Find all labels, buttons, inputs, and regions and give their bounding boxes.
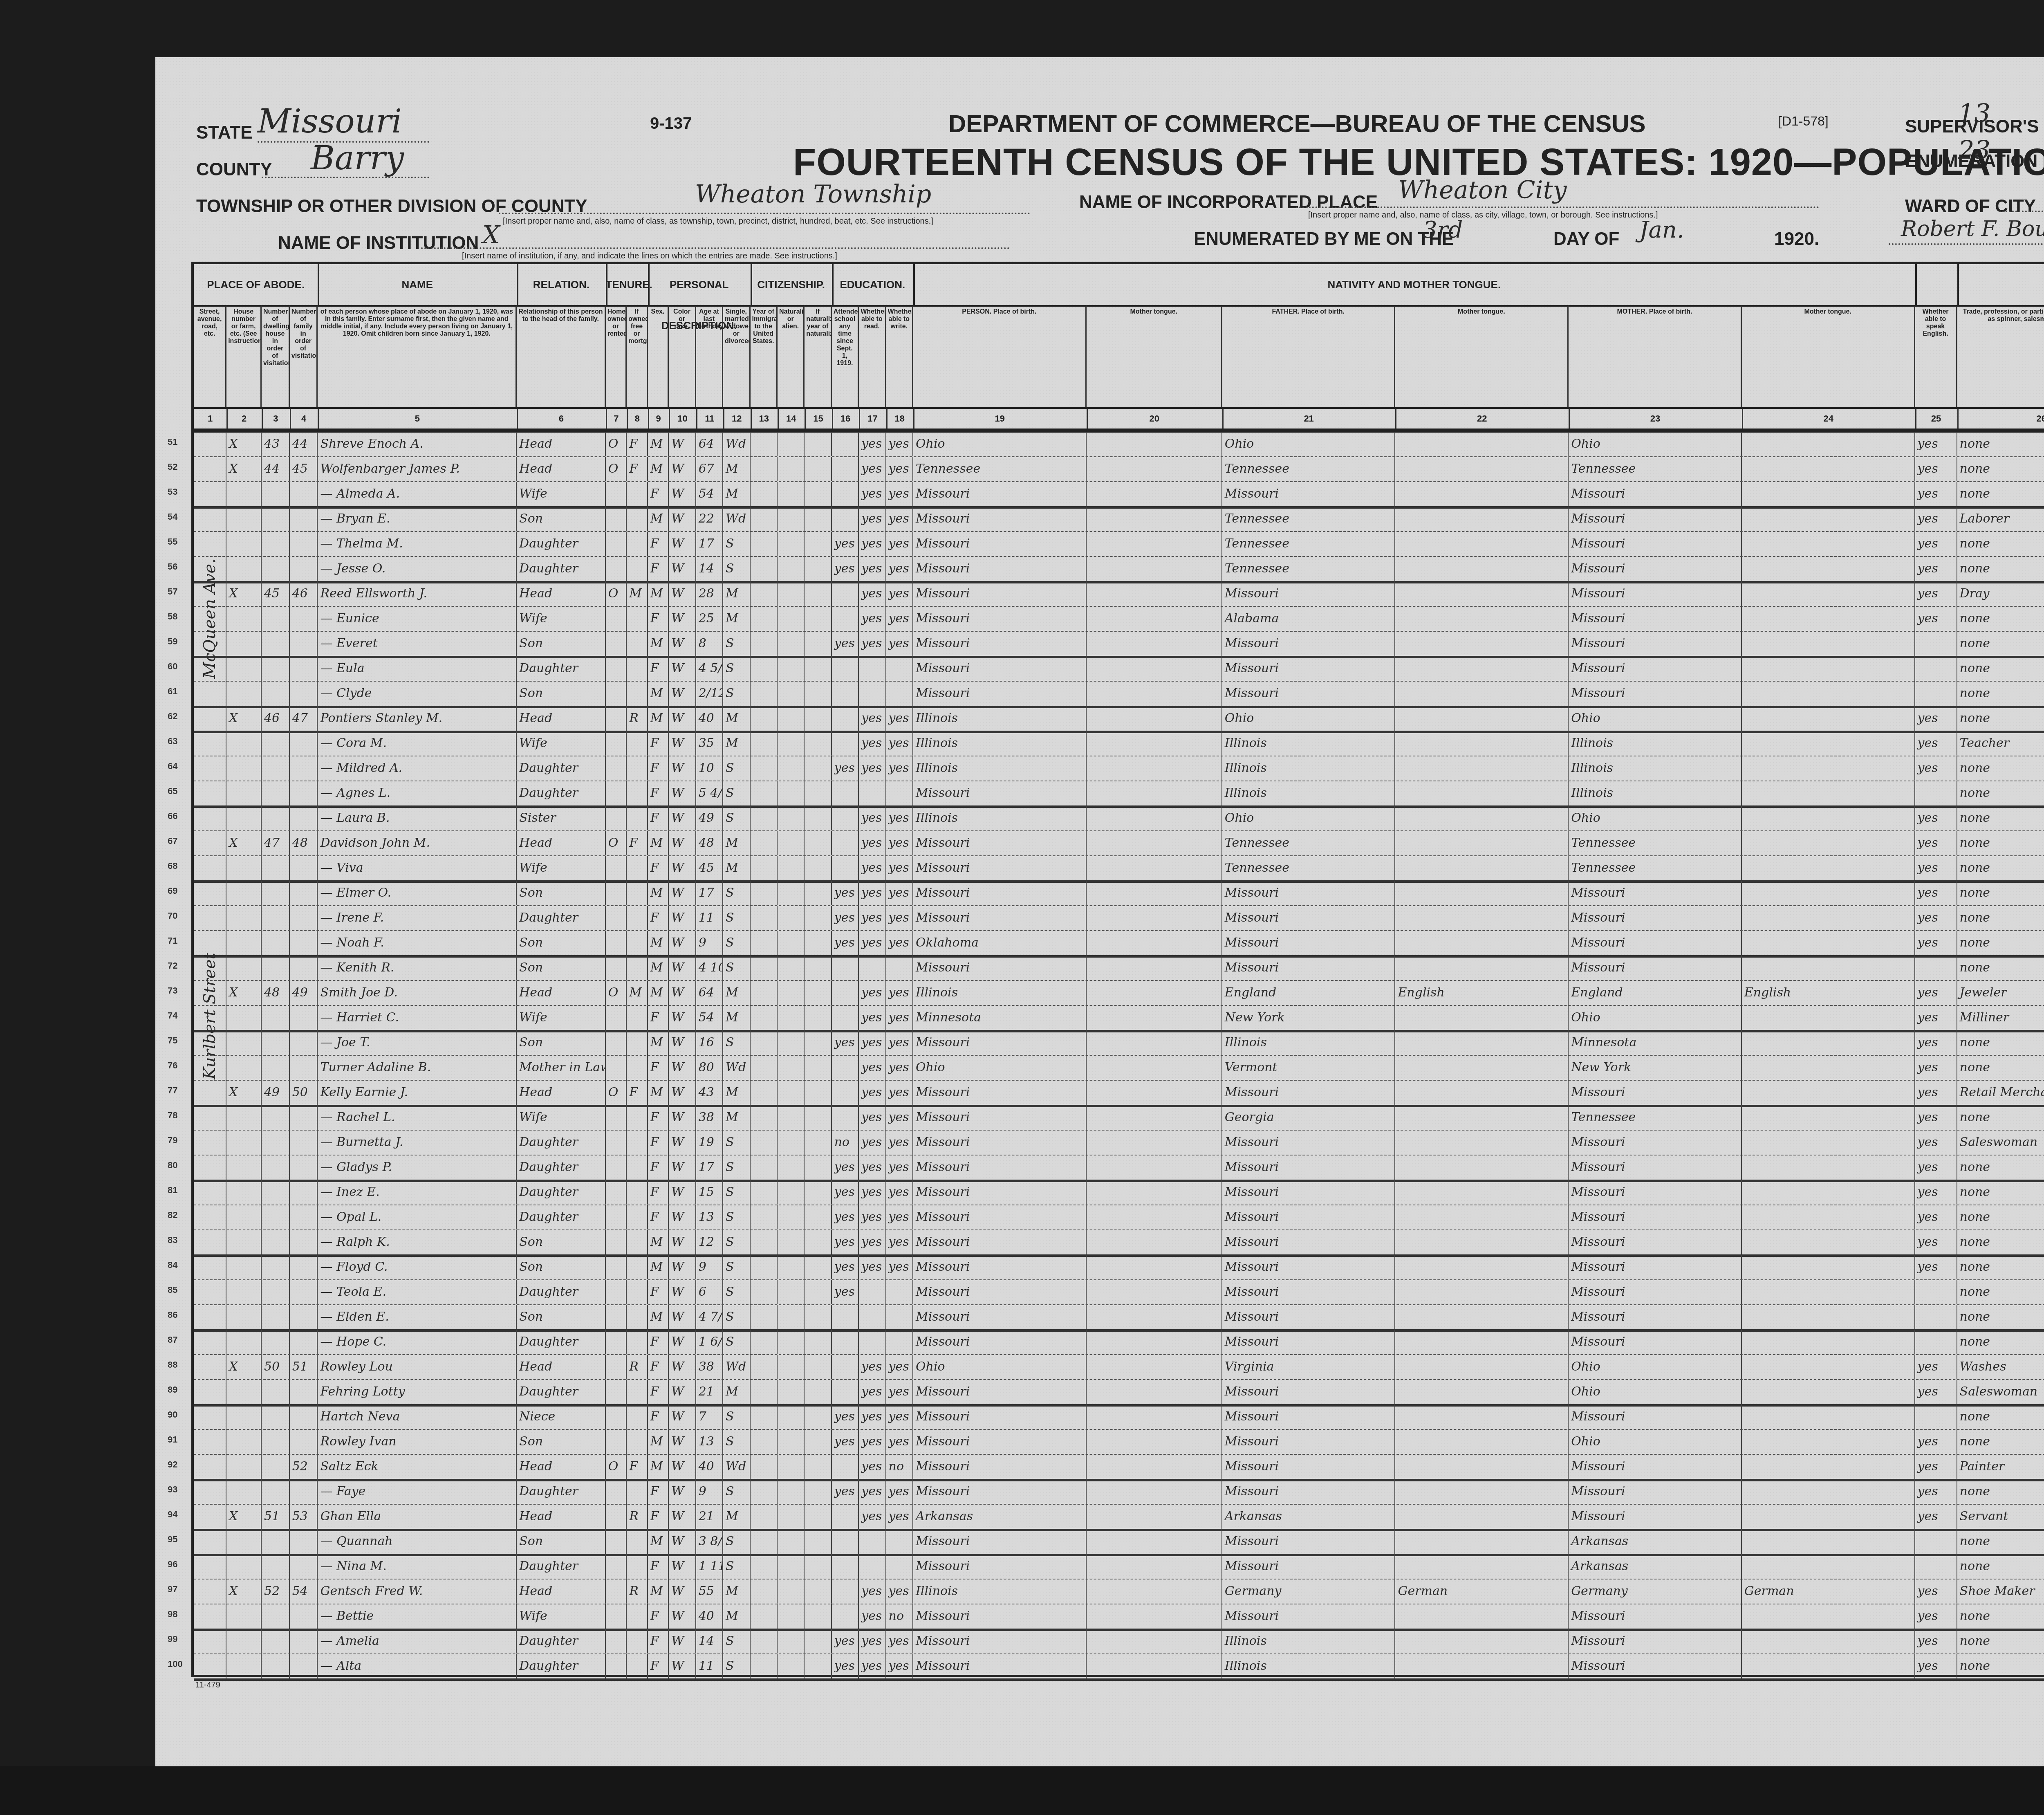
- cell-mt: [1087, 1355, 1222, 1379]
- microfilm-bottom-edge: [0, 1766, 2044, 1815]
- cell-mpob: Ohio: [1569, 1380, 1742, 1404]
- cell-sex: M: [648, 931, 669, 955]
- cell-fpob: Tennessee: [1222, 856, 1396, 880]
- cell-c8: [627, 1230, 648, 1254]
- cell-c2: [226, 1155, 262, 1180]
- cell-pob: Illinois: [913, 806, 1087, 830]
- cell-mt: [1087, 1380, 1222, 1404]
- cell-mpob: Arkansas: [1569, 1529, 1742, 1554]
- cell-c3: [262, 1629, 290, 1653]
- cell-read: yes: [859, 457, 886, 481]
- cell-eng: yes: [1915, 1130, 1957, 1155]
- cell-fmt: [1395, 1504, 1569, 1529]
- line-number: 62: [168, 711, 177, 722]
- column-number: 8: [627, 407, 649, 433]
- cell-pob: Missouri: [913, 1404, 1087, 1429]
- cell-name: — Quannah: [318, 1529, 517, 1554]
- cell-c7: [606, 532, 627, 556]
- cell-read: yes: [859, 980, 886, 1005]
- cell-c13: [751, 1255, 778, 1279]
- cell-sex: F: [648, 1005, 669, 1030]
- cell-c15: [805, 1180, 831, 1205]
- cell-c4: 53: [290, 1504, 318, 1529]
- cell-c1: [194, 756, 226, 781]
- state-value: Missouri: [258, 102, 402, 140]
- cell-sex: F: [648, 1380, 669, 1404]
- cell-fmt: [1395, 1479, 1569, 1504]
- cell-read: yes: [859, 1654, 886, 1678]
- cell-mmt: [1742, 631, 1915, 656]
- cell-school: [832, 831, 859, 855]
- cell-name: — Faye: [318, 1479, 517, 1504]
- cell-pob: Illinois: [913, 756, 1087, 781]
- cell-mpob: Missouri: [1569, 1205, 1742, 1229]
- cell-name: — Jesse O.: [318, 556, 517, 581]
- cell-sex: F: [648, 606, 669, 631]
- cell-c2: [226, 906, 262, 930]
- cell-mt: [1087, 1205, 1222, 1229]
- cell-sex: F: [648, 856, 669, 880]
- cell-pob: Arkansas: [913, 1504, 1087, 1529]
- cell-occ: none: [1957, 681, 2044, 706]
- cell-c13: [751, 980, 778, 1005]
- table-row: Rowley IvanSonMW13SyesyesyesMissouriMiss…: [194, 1429, 2044, 1455]
- table-row: — Hope C.DaughterFW1 6/12SMissouriMissou…: [194, 1330, 2044, 1355]
- cell-mpob: Missouri: [1569, 556, 1742, 581]
- cell-fpob: Missouri: [1222, 656, 1396, 681]
- cell-read: yes: [859, 1479, 886, 1504]
- cell-c14: [778, 1554, 805, 1579]
- cell-c15: [805, 1504, 831, 1529]
- cell-c1: [194, 1305, 226, 1329]
- cell-mmt: [1742, 1205, 1915, 1229]
- cell-mpob: Missouri: [1569, 956, 1742, 980]
- column-group-header: PLACE OF ABODE.: [194, 264, 319, 305]
- cell-occ: Saleswoman: [1957, 1380, 2044, 1404]
- cell-eng: yes: [1915, 1629, 1957, 1653]
- cell-occ: none: [1957, 457, 2044, 481]
- cell-race: W: [669, 457, 696, 481]
- cell-mmt: [1742, 482, 1915, 506]
- cell-c4: [290, 1604, 318, 1629]
- cell-write: yes: [886, 432, 913, 456]
- cell-eng: yes: [1915, 1230, 1957, 1254]
- cell-occ: Laborer: [1957, 507, 2044, 531]
- cell-read: yes: [859, 1579, 886, 1604]
- cell-c7: [606, 756, 627, 781]
- cell-age: 54: [696, 482, 723, 506]
- cell-fpob: Missouri: [1222, 1180, 1396, 1205]
- cell-c15: [805, 956, 831, 980]
- cell-c14: [778, 1205, 805, 1229]
- column-number: 1: [194, 407, 228, 433]
- cell-fpob: Missouri: [1222, 906, 1396, 930]
- cell-occ: Jeweler: [1957, 980, 2044, 1005]
- cell-c7: [606, 1330, 627, 1354]
- cell-ms: S: [723, 906, 750, 930]
- cell-mmt: [1742, 1305, 1915, 1329]
- cell-age: 64: [696, 980, 723, 1005]
- cell-c4: [290, 482, 318, 506]
- cell-c3: 48: [262, 980, 290, 1005]
- cell-pob: Missouri: [913, 606, 1087, 631]
- cell-pob: Missouri: [913, 482, 1087, 506]
- cell-c2: [226, 931, 262, 955]
- table-row: — AltaDaughterFW11SyesyesyesMissouriIlli…: [194, 1654, 2044, 1681]
- cell-fmt: [1395, 1030, 1569, 1055]
- cell-c13: [751, 856, 778, 880]
- cell-occ: none: [1957, 706, 2044, 731]
- cell-mt: [1087, 556, 1222, 581]
- cell-name: Ghan Ella: [318, 1504, 517, 1529]
- column-header: Mother tongue.: [1395, 305, 1569, 407]
- cell-name: — Kenith R.: [318, 956, 517, 980]
- cell-mpob: Illinois: [1569, 781, 1742, 805]
- cell-pob: Missouri: [913, 507, 1087, 531]
- cell-age: 5 4/12: [696, 781, 723, 805]
- cell-c8: [627, 1554, 648, 1579]
- cell-school: [832, 581, 859, 606]
- cell-c8: [627, 532, 648, 556]
- cell-race: W: [669, 1080, 696, 1105]
- cell-school: [832, 1055, 859, 1080]
- cell-write: yes: [886, 1504, 913, 1529]
- cell-fmt: [1395, 1330, 1569, 1354]
- cell-c8: [627, 1629, 648, 1653]
- cell-age: 80: [696, 1055, 723, 1080]
- cell-mpob: Missouri: [1569, 581, 1742, 606]
- cell-school: [832, 781, 859, 805]
- cell-rel: Head: [517, 706, 606, 731]
- cell-c2: [226, 1030, 262, 1055]
- cell-ms: M: [723, 482, 750, 506]
- cell-mmt: [1742, 1504, 1915, 1529]
- cell-age: 1 6/12: [696, 1330, 723, 1354]
- cell-name: — Bryan E.: [318, 507, 517, 531]
- table-row: — Jesse O.DaughterFW14SyesyesyesMissouri…: [194, 556, 2044, 583]
- cell-race: W: [669, 756, 696, 781]
- cell-race: W: [669, 1579, 696, 1604]
- cell-c3: [262, 1305, 290, 1329]
- cell-fmt: [1395, 931, 1569, 955]
- cell-occ: Dray: [1957, 581, 2044, 606]
- cell-c8: [627, 731, 648, 756]
- cell-pob: Missouri: [913, 1130, 1087, 1155]
- line-number: 67: [168, 836, 177, 846]
- cell-read: yes: [859, 1205, 886, 1229]
- table-row: — VivaWifeFW45MyesyesMissouriTennesseeTe…: [194, 856, 2044, 883]
- cell-name: — Agnes L.: [318, 781, 517, 805]
- cell-c1: [194, 507, 226, 531]
- cell-school: yes: [832, 631, 859, 656]
- table-row: — Noah F.SonMW9SyesyesyesOklahomaMissour…: [194, 931, 2044, 958]
- cell-read: yes: [859, 1105, 886, 1130]
- cell-c14: [778, 781, 805, 805]
- cell-c1: [194, 1404, 226, 1429]
- cell-mt: [1087, 956, 1222, 980]
- cell-pob: Illinois: [913, 706, 1087, 731]
- cell-c13: [751, 1080, 778, 1105]
- cell-fmt: [1395, 806, 1569, 830]
- table-row: — Agnes L.DaughterFW5 4/12SMissouriIllin…: [194, 781, 2044, 808]
- line-number: 84: [168, 1260, 177, 1270]
- cell-age: 43: [696, 1080, 723, 1105]
- cell-read: yes: [859, 1130, 886, 1155]
- cell-c7: O: [606, 1080, 627, 1105]
- cell-race: W: [669, 1380, 696, 1404]
- incorporated-place-underline: [1296, 206, 1819, 208]
- cell-read: [859, 1280, 886, 1304]
- cell-c13: [751, 1429, 778, 1454]
- cell-c7: [606, 1629, 627, 1653]
- cell-mt: [1087, 906, 1222, 930]
- table-row: — Nina M.DaughterFW1 11/12SMissouriMisso…: [194, 1554, 2044, 1579]
- cell-mt: [1087, 1454, 1222, 1479]
- cell-c2: [226, 1055, 262, 1080]
- cell-rel: Head: [517, 1355, 606, 1379]
- cell-occ: none: [1957, 1280, 2044, 1304]
- cell-c13: [751, 1305, 778, 1329]
- cell-sex: M: [648, 1030, 669, 1055]
- cell-c15: [805, 906, 831, 930]
- column-header: Relationship of this person to the head …: [517, 305, 606, 407]
- table-row: X4849Smith Joe D.HeadOMMW64MyesyesIllino…: [194, 980, 2044, 1006]
- cell-occ: none: [1957, 1255, 2044, 1279]
- cell-c4: [290, 656, 318, 681]
- cell-c1: [194, 881, 226, 905]
- cell-c13: [751, 1355, 778, 1379]
- cell-c4: [290, 1629, 318, 1653]
- cell-c14: [778, 1404, 805, 1429]
- cell-pob: Missouri: [913, 1604, 1087, 1629]
- cell-fmt: [1395, 631, 1569, 656]
- cell-school: [832, 507, 859, 531]
- cell-school: yes: [832, 1180, 859, 1205]
- cell-mmt: [1742, 1030, 1915, 1055]
- cell-mpob: Missouri: [1569, 1330, 1742, 1354]
- cell-name: Pontiers Stanley M.: [318, 706, 517, 731]
- cell-rel: Son: [517, 1030, 606, 1055]
- cell-write: [886, 1330, 913, 1354]
- cell-school: [832, 1105, 859, 1130]
- cell-c14: [778, 556, 805, 581]
- cell-c3: [262, 1554, 290, 1579]
- cell-write: yes: [886, 1030, 913, 1055]
- cell-rel: Head: [517, 1454, 606, 1479]
- cell-write: yes: [886, 1180, 913, 1205]
- cell-occ: none: [1957, 881, 2044, 905]
- cell-mpob: Tennessee: [1569, 457, 1742, 481]
- cell-name: Kelly Earnie J.: [318, 1080, 517, 1105]
- table-row: — Opal L.DaughterFW13SyesyesyesMissouriM…: [194, 1205, 2044, 1230]
- cell-read: yes: [859, 1504, 886, 1529]
- cell-race: W: [669, 606, 696, 631]
- line-number: 70: [168, 911, 177, 921]
- cell-c2: [226, 956, 262, 980]
- cell-occ: none: [1957, 1404, 2044, 1429]
- cell-c3: [262, 1205, 290, 1229]
- cell-mt: [1087, 1404, 1222, 1429]
- table-row: X4647Pontiers Stanley M.HeadRMW40Myesyes…: [194, 706, 2044, 733]
- column-header: Year of immigration to the United States…: [751, 305, 778, 407]
- cell-fpob: Illinois: [1222, 756, 1396, 781]
- cell-c2: X: [226, 831, 262, 855]
- cell-sex: M: [648, 1305, 669, 1329]
- cell-mt: [1087, 1155, 1222, 1180]
- cell-ms: M: [723, 980, 750, 1005]
- cell-eng: yes: [1915, 606, 1957, 631]
- cell-rel: Wife: [517, 606, 606, 631]
- cell-write: [886, 656, 913, 681]
- column-number: 25: [1915, 407, 1959, 433]
- cell-fmt: [1395, 1105, 1569, 1130]
- cell-c7: [606, 931, 627, 955]
- cell-mmt: [1742, 1330, 1915, 1354]
- cell-c1: [194, 831, 226, 855]
- cell-fmt: [1395, 507, 1569, 531]
- cell-mpob: Minnesota: [1569, 1030, 1742, 1055]
- cell-sex: F: [648, 482, 669, 506]
- cell-c2: [226, 1305, 262, 1329]
- table-row: — Laura B.SisterFW49SyesyesIllinoisOhioO…: [194, 806, 2044, 831]
- cell-c4: [290, 1479, 318, 1504]
- cell-fmt: [1395, 1404, 1569, 1429]
- cell-write: yes: [886, 1230, 913, 1254]
- cell-rel: Daughter: [517, 1654, 606, 1678]
- table-row: Hartch NevaNieceFW7SyesyesyesMissouriMis…: [194, 1404, 2044, 1430]
- cell-c4: [290, 556, 318, 581]
- cell-eng: yes: [1915, 1380, 1957, 1404]
- cell-write: no: [886, 1604, 913, 1629]
- cell-write: yes: [886, 731, 913, 756]
- cell-c14: [778, 731, 805, 756]
- cell-fmt: [1395, 1654, 1569, 1678]
- cell-race: W: [669, 1429, 696, 1454]
- cell-pob: Oklahoma: [913, 931, 1087, 955]
- cell-mmt: [1742, 906, 1915, 930]
- cell-c15: [805, 1005, 831, 1030]
- cell-occ: none: [1957, 1629, 2044, 1653]
- cell-c15: [805, 1305, 831, 1329]
- cell-c1: [194, 1454, 226, 1479]
- cell-age: 67: [696, 457, 723, 481]
- cell-occ: none: [1957, 1205, 2044, 1229]
- column-group-header: PERSONAL DESCRIPTION.: [648, 264, 752, 305]
- cell-c3: 43: [262, 432, 290, 456]
- cell-fmt: [1395, 482, 1569, 506]
- cell-ms: M: [723, 1604, 750, 1629]
- cell-c2: X: [226, 432, 262, 456]
- cell-occ: none: [1957, 831, 2044, 855]
- cell-name: — Everet: [318, 631, 517, 656]
- cell-mpob: Missouri: [1569, 1404, 1742, 1429]
- cell-read: [859, 681, 886, 706]
- cell-c13: [751, 931, 778, 955]
- line-number: 77: [168, 1085, 177, 1096]
- enumerated-label: ENUMERATED BY ME ON THE: [1194, 229, 1454, 249]
- cell-write: yes: [886, 831, 913, 855]
- cell-c15: [805, 1330, 831, 1354]
- table-row: — EuniceWifeFW25MyesyesMissouriAlabamaMi…: [194, 606, 2044, 632]
- cell-c4: [290, 931, 318, 955]
- cell-c14: [778, 482, 805, 506]
- cell-c14: [778, 1055, 805, 1080]
- cell-eng: yes: [1915, 1205, 1957, 1229]
- cell-mmt: [1742, 806, 1915, 830]
- cell-c2: [226, 1604, 262, 1629]
- cell-fpob: Tennessee: [1222, 507, 1396, 531]
- cell-read: yes: [859, 756, 886, 781]
- cell-race: W: [669, 781, 696, 805]
- cell-mpob: Ohio: [1569, 432, 1742, 456]
- cell-c3: [262, 606, 290, 631]
- cell-eng: yes: [1915, 906, 1957, 930]
- cell-c7: [606, 1055, 627, 1080]
- cell-mmt: [1742, 1629, 1915, 1653]
- cell-sex: F: [648, 1130, 669, 1155]
- cell-fpob: Missouri: [1222, 881, 1396, 905]
- cell-pob: Missouri: [913, 1080, 1087, 1105]
- cell-school: yes: [832, 1230, 859, 1254]
- cell-read: yes: [859, 1030, 886, 1055]
- cell-race: W: [669, 1654, 696, 1678]
- cell-c7: [606, 1180, 627, 1205]
- cell-sex: F: [648, 1629, 669, 1653]
- cell-pob: Missouri: [913, 656, 1087, 681]
- cell-c15: [805, 1554, 831, 1579]
- cell-mt: [1087, 1554, 1222, 1579]
- cell-rel: Daughter: [517, 556, 606, 581]
- cell-sex: M: [648, 980, 669, 1005]
- cell-c4: [290, 781, 318, 805]
- cell-c13: [751, 532, 778, 556]
- cell-pob: Missouri: [913, 1180, 1087, 1205]
- cell-ms: Wd: [723, 1454, 750, 1479]
- cell-c8: R: [627, 706, 648, 731]
- cell-ms: S: [723, 1429, 750, 1454]
- cell-eng: yes: [1915, 706, 1957, 731]
- cell-sex: M: [648, 956, 669, 980]
- cell-read: yes: [859, 581, 886, 606]
- street-name: Kurlbert Street: [200, 953, 219, 1079]
- line-number: 64: [168, 761, 177, 772]
- cell-c3: [262, 1454, 290, 1479]
- cell-c3: [262, 856, 290, 880]
- cell-school: [832, 1005, 859, 1030]
- cell-fmt: [1395, 1005, 1569, 1030]
- cell-c8: [627, 1479, 648, 1504]
- cell-ms: S: [723, 931, 750, 955]
- cell-c13: [751, 1180, 778, 1205]
- cell-age: 15: [696, 1180, 723, 1205]
- cell-fpob: Missouri: [1222, 1404, 1396, 1429]
- column-header: Attended school any time since Sept. 1, …: [832, 305, 859, 407]
- township-underline: [499, 213, 1030, 214]
- line-number: 61: [168, 686, 177, 697]
- cell-race: W: [669, 507, 696, 531]
- cell-sex: M: [648, 706, 669, 731]
- column-header: If naturalized, year of naturalization.: [805, 305, 831, 407]
- cell-c3: [262, 1280, 290, 1304]
- cell-c1: [194, 1280, 226, 1304]
- cell-school: [832, 606, 859, 631]
- cell-c14: [778, 1579, 805, 1604]
- cell-c13: [751, 656, 778, 681]
- cell-mmt: [1742, 831, 1915, 855]
- cell-mmt: [1742, 931, 1915, 955]
- cell-mpob: Missouri: [1569, 906, 1742, 930]
- cell-ms: M: [723, 831, 750, 855]
